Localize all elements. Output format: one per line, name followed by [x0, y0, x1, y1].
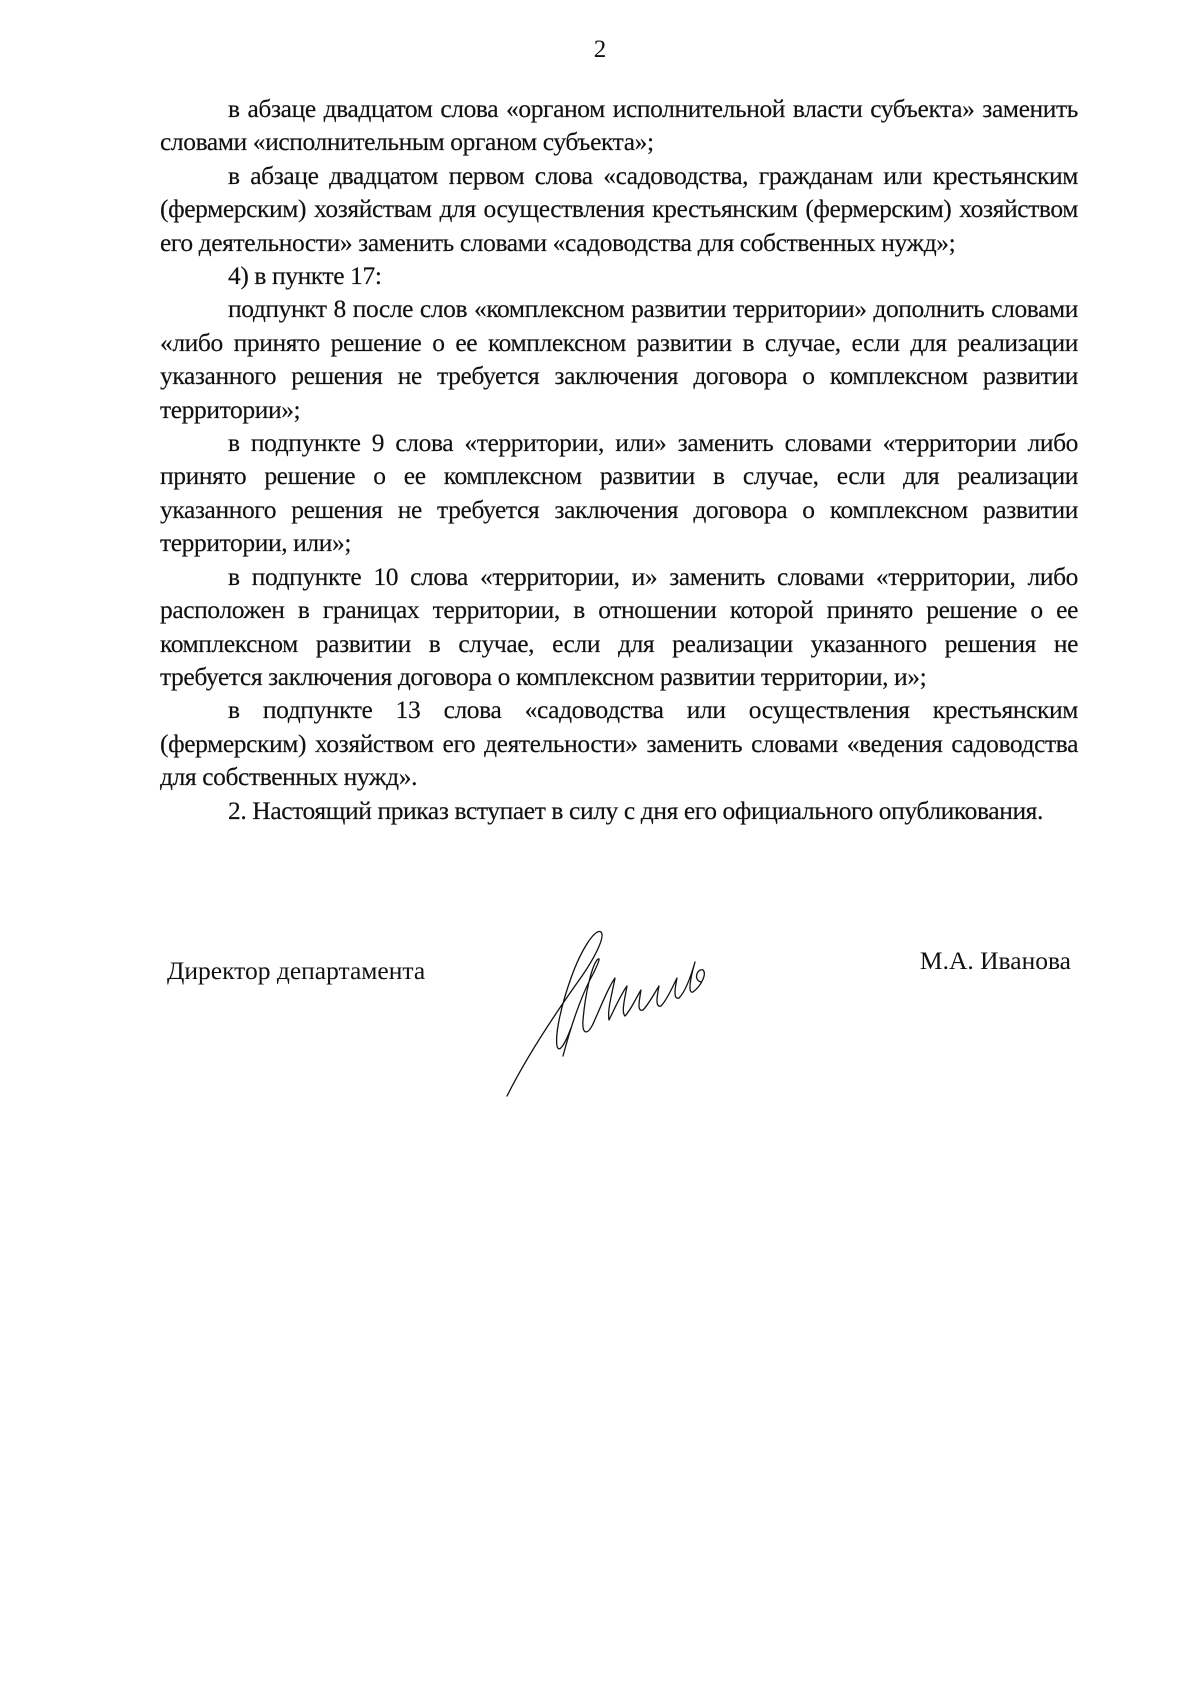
page-number: 2 [0, 36, 1200, 64]
paragraph-2: в абзаце двадцатом первом слова «садовод… [160, 159, 1078, 259]
paragraph-4: подпункт 8 после слов «комплексном разви… [160, 292, 1078, 426]
paragraph-6: в подпункте 10 слова «территории, и» зам… [160, 560, 1078, 694]
paragraph-1: в абзаце двадцатом слова «органом исполн… [160, 92, 1078, 159]
paragraph-3: 4) в пункте 17: [160, 259, 1078, 292]
signature-block: Директор департамента М.А. Иванова [167, 956, 1077, 1126]
document-body: в абзаце двадцатом слова «органом исполн… [160, 92, 1078, 827]
signer-position: Директор департамента [167, 956, 425, 986]
paragraph-7: в подпункте 13 слова «садоводства или ос… [160, 693, 1078, 793]
signer-name: М.А. Иванова [920, 946, 1071, 976]
paragraph-5: в подпункте 9 слова «территории, или» за… [160, 426, 1078, 560]
paragraph-8: 2. Настоящий приказ вступает в силу с дн… [160, 794, 1078, 827]
signature-icon [497, 916, 797, 1116]
